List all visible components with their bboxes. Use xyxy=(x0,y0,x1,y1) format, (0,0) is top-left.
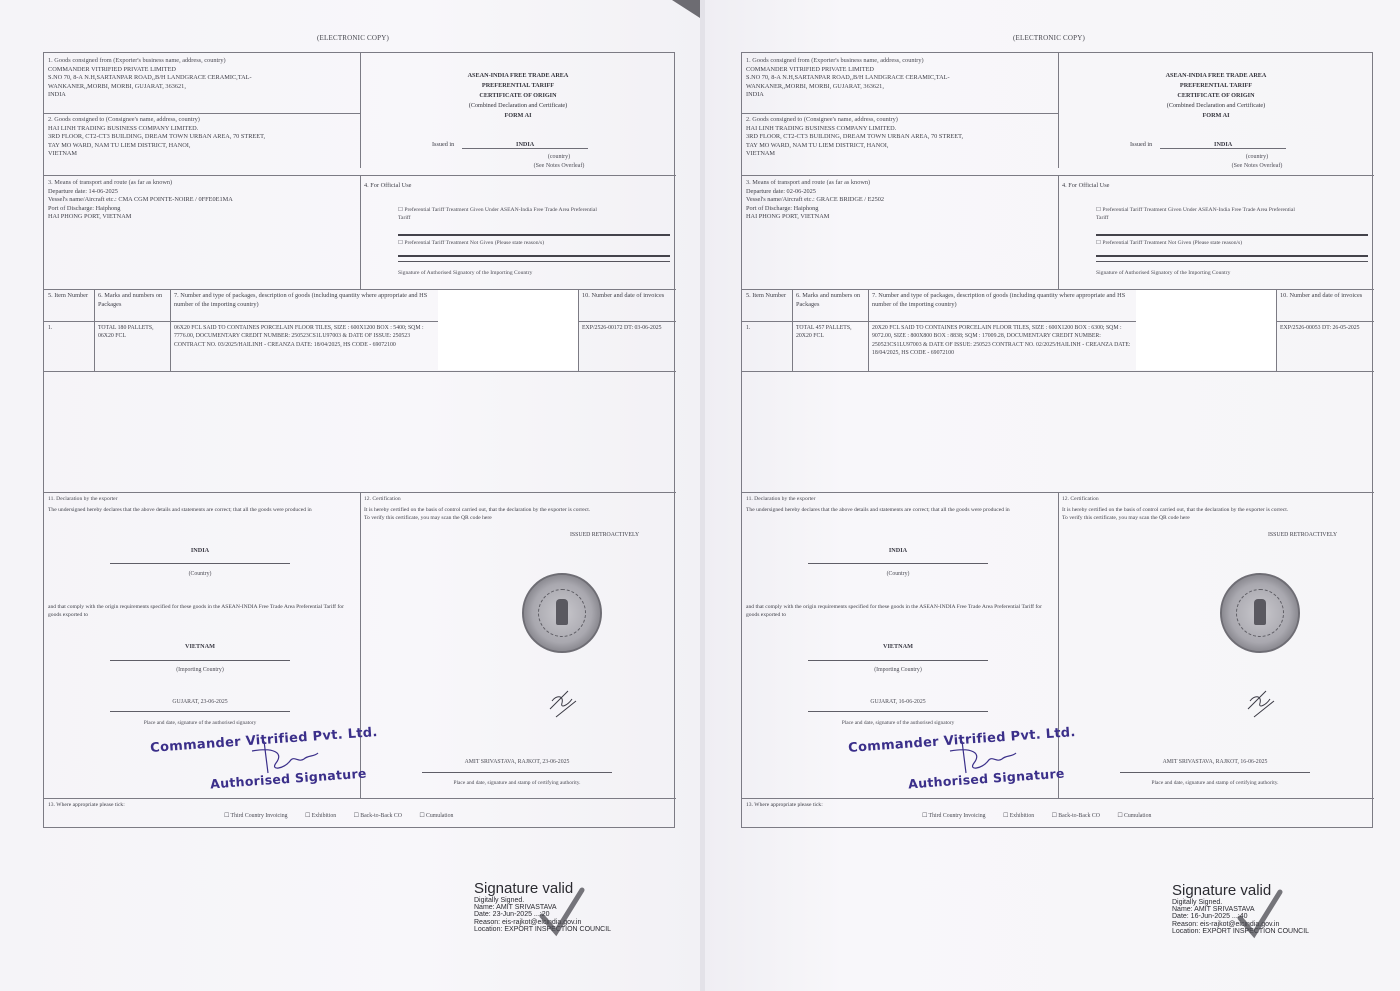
box1-label: 1. Goods consigned from (Exporter's busi… xyxy=(48,57,358,66)
marks-and-numbers: TOTAL 457 PALLETS, 20X20 FCL xyxy=(796,324,866,341)
marks-and-numbers: TOTAL 180 PALLETS, 06X20 FCL xyxy=(98,324,168,341)
certifier-sign-line xyxy=(1120,772,1310,773)
official-use-rule xyxy=(1096,255,1368,257)
departure-date: Departure date: 14-06-2025 xyxy=(48,188,358,197)
goods-description: 06X20 FCL SAID TO CONTAINES PORCELAIN FL… xyxy=(174,324,436,349)
see-notes: (See Notes Overleaf) xyxy=(464,162,654,171)
consignee-address-1: 3RD FLOOR, CT2-CT3 BUILDING, DREAM TOWN … xyxy=(48,133,358,142)
origin-country: INDIA xyxy=(110,547,290,554)
national-emblem-icon xyxy=(556,599,568,625)
official-use-rule xyxy=(398,261,670,262)
official-use-rule xyxy=(398,255,670,257)
box-exporter: 1. Goods consigned from (Exporter's busi… xyxy=(48,57,358,100)
vessel-name: Vessel's name/Aircraft etc.: GRACE BRIDG… xyxy=(746,196,1056,205)
exporter-signature-scrawl xyxy=(942,733,1022,783)
importing-country: VIETNAM xyxy=(808,643,988,650)
box-certification: 12. Certification It is hereby certified… xyxy=(1062,495,1368,522)
header-marks: 6. Marks and numbers on Packages xyxy=(98,292,166,309)
box-transport: 3. Means of transport and route (as far … xyxy=(746,179,1056,222)
header-description: 7. Number and type of packages, descript… xyxy=(174,292,434,309)
exporter-signature-scrawl xyxy=(244,733,324,783)
tick-cumulation[interactable]: ☐ Cumulation xyxy=(1117,813,1151,819)
origin-country-line xyxy=(808,563,988,564)
box12-label: 12. Certification xyxy=(364,495,670,503)
goods-description: 20X20 FCL SAID TO CONTAINES PORCELAIN FL… xyxy=(872,324,1134,357)
title-line-3: CERTIFICATE OF ORIGIN xyxy=(360,90,676,102)
title-line-3: CERTIFICATE OF ORIGIN xyxy=(1058,90,1374,102)
issued-in-label: Issued in xyxy=(432,141,454,148)
importing-signatory-caption: Signature of Authorised Signatory of the… xyxy=(1096,269,1366,277)
electronic-copy-header: (ELECTRONIC COPY) xyxy=(317,34,389,42)
form-name: FORM AI xyxy=(360,110,676,122)
exporter-sign-caption: Place and date, signature of the authori… xyxy=(100,720,300,726)
issued-retroactively: ISSUED RETROACTIVELY xyxy=(570,531,639,540)
origin-country-caption: (Country) xyxy=(808,571,988,577)
certificate-page-right: (ELECTRONIC COPY) 1. Goods consigned fro… xyxy=(705,0,1400,991)
exporter-name: COMMANDER VITRIFIED PRIVATE LIMITED xyxy=(48,66,358,75)
official-seal xyxy=(1220,573,1300,653)
issued-retroactively: ISSUED RETROACTIVELY xyxy=(1268,531,1337,540)
official-use-option-given[interactable]: ☐ Preferential Tariff Treatment Given Un… xyxy=(1096,206,1296,222)
certification-text: It is hereby certified on the basis of c… xyxy=(364,506,670,514)
header-item-number: 5. Item Number xyxy=(746,292,790,301)
check-mark-icon xyxy=(1234,888,1286,940)
title-line-1: ASEAN-INDIA FREE TRADE AREA xyxy=(360,71,676,82)
check-mark-icon xyxy=(536,886,588,938)
certificate-form: 1. Goods consigned from (Exporter's busi… xyxy=(43,52,675,828)
tick-exhibition[interactable]: ☐ Exhibition xyxy=(305,813,336,819)
official-use-option-not-given[interactable]: ☐ Preferential Tariff Treatment Not Give… xyxy=(1096,239,1366,247)
tick-third-country-invoicing[interactable]: ☐ Third Country Invoicing xyxy=(922,813,986,819)
official-use-option-given[interactable]: ☐ Preferential Tariff Treatment Given Un… xyxy=(398,206,598,222)
tick-back-to-back-co[interactable]: ☐ Back-to-Back CO xyxy=(1052,813,1100,819)
form-name: FORM AI xyxy=(1058,110,1374,122)
certifier-caption: Place and date, signature and stamp of c… xyxy=(1110,780,1320,786)
redacted-columns xyxy=(1136,290,1276,370)
official-use-option-not-given[interactable]: ☐ Preferential Tariff Treatment Not Give… xyxy=(398,239,668,247)
official-seal xyxy=(522,573,602,653)
header-invoices: 10. Number and date of invoices xyxy=(1280,292,1372,301)
issued-in: Issued inINDIA xyxy=(1130,141,1286,149)
exporter-sign-line xyxy=(110,711,290,712)
certifier-initials xyxy=(1240,681,1280,721)
box4-label: 4. For Official Use xyxy=(364,182,411,191)
tick-options: ☐ Third Country Invoicing ☐ Exhibition ☐… xyxy=(922,813,1167,819)
header-marks: 6. Marks and numbers on Packages xyxy=(796,292,864,309)
country-caption: (country) xyxy=(1162,153,1352,162)
exporter-sign-caption: Place and date, signature of the authori… xyxy=(798,720,998,726)
consignee-address-2: TAY MO WARD, NAM TU LIEM DISTRICT, HANOI… xyxy=(48,142,358,151)
origin-country-caption: (Country) xyxy=(110,571,290,577)
exporter-sign-line xyxy=(808,711,988,712)
certificate-title: ASEAN-INDIA FREE TRADE AREA PREFERENTIAL… xyxy=(360,71,676,122)
official-use-rule xyxy=(1096,261,1368,262)
importing-country-caption: (Importing Country) xyxy=(110,667,290,673)
declaration-text-2: and that comply with the origin requirem… xyxy=(48,603,354,619)
redacted-columns xyxy=(438,290,578,370)
box-consignee: 2. Goods consigned to (Consignee's name,… xyxy=(746,116,1056,159)
exporter-country: INDIA xyxy=(746,91,1056,100)
issued-caption: (country) (See Notes Overleaf) xyxy=(464,153,654,171)
box2-label: 2. Goods consigned to (Consignee's name,… xyxy=(48,116,358,125)
port-of-discharge: Port of Discharge: Haiphong xyxy=(746,205,1056,214)
consignee-name: HAI LINH TRADING BUSINESS COMPANY LIMITE… xyxy=(48,125,358,134)
certifier-initials xyxy=(542,681,582,721)
page-corner-fold xyxy=(672,0,700,18)
box-transport: 3. Means of transport and route (as far … xyxy=(48,179,358,222)
certifier-name-date: AMIT SRIVASTAVA, RAJKOT, 16-06-2025 xyxy=(1120,759,1310,765)
certificate-form: 1. Goods consigned from (Exporter's busi… xyxy=(741,52,1373,828)
header-item-number: 5. Item Number xyxy=(48,292,92,301)
certifier-caption: Place and date, signature and stamp of c… xyxy=(412,780,622,786)
consignee-country: VIETNAM xyxy=(746,150,1056,159)
invoice-number-date: EXP/2526-00053 DT: 26-05-2025 xyxy=(1280,324,1360,332)
see-notes: (See Notes Overleaf) xyxy=(1162,162,1352,171)
exporter-address-1: S.NO 70, 8-A N.H,SARTANPAR ROAD,,B/H LAN… xyxy=(48,74,358,83)
importing-country-line xyxy=(808,660,988,661)
box-certification: 12. Certification It is hereby certified… xyxy=(364,495,670,522)
title-line-1: ASEAN-INDIA FREE TRADE AREA xyxy=(1058,71,1374,82)
declaration-text: The undersigned hereby declares that the… xyxy=(48,506,354,514)
box3-label: 3. Means of transport and route (as far … xyxy=(48,179,358,188)
digital-signature-block: Signature valid Digitally Signed. Name: … xyxy=(474,880,611,933)
box3-label: 3. Means of transport and route (as far … xyxy=(746,179,1056,188)
country-caption: (country) xyxy=(464,153,654,162)
header-invoices: 10. Number and date of invoices xyxy=(582,292,674,301)
national-emblem-icon xyxy=(1254,599,1266,625)
declaration-text: The undersigned hereby declares that the… xyxy=(746,506,1052,514)
consignee-name: HAI LINH TRADING BUSINESS COMPANY LIMITE… xyxy=(746,125,1056,134)
declaration-text-2: and that comply with the origin requirem… xyxy=(746,603,1052,619)
exporter-address-2: WANKANER,,MORBI, MORBI, GUJARAT, 363621, xyxy=(746,83,1056,92)
discharge-port-name: HAI PHONG PORT, VIETNAM xyxy=(746,213,1056,222)
title-line-2: PREFERENTIAL TARIFF xyxy=(1058,82,1374,90)
certifier-sign-line xyxy=(422,772,612,773)
invoice-number-date: EXP/2526-00172 DT: 03-06-2025 xyxy=(582,324,662,332)
certificate-title: ASEAN-INDIA FREE TRADE AREA PREFERENTIAL… xyxy=(1058,71,1374,122)
consignee-address-2: TAY MO WARD, NAM TU LIEM DISTRICT, HANOI… xyxy=(746,142,1056,151)
box13-label: 13. Where appropriate please tick: xyxy=(48,801,125,810)
exporter-place-date: GUJARAT, 16-06-2025 xyxy=(808,699,988,705)
title-line-4: (Combined Declaration and Certificate) xyxy=(360,102,676,110)
issued-in-label: Issued in xyxy=(1130,141,1152,148)
exporter-address-2: WANKANER,,MORBI, MORBI, GUJARAT, 363621, xyxy=(48,83,358,92)
tick-cumulation[interactable]: ☐ Cumulation xyxy=(419,813,453,819)
title-line-2: PREFERENTIAL TARIFF xyxy=(360,82,676,90)
consignee-address-1: 3RD FLOOR, CT2-CT3 BUILDING, DREAM TOWN … xyxy=(746,133,1056,142)
exporter-address-1: S.NO 70, 8-A N.H,SARTANPAR ROAD,,B/H LAN… xyxy=(746,74,1056,83)
box11-label: 11. Declaration by the exporter xyxy=(746,495,1052,503)
issued-in-country: INDIA xyxy=(1160,141,1286,149)
consignee-country: VIETNAM xyxy=(48,150,358,159)
verify-qr-text: To verify this certificate, you may scan… xyxy=(364,514,670,522)
box-exporter: 1. Goods consigned from (Exporter's busi… xyxy=(746,57,1056,100)
issued-caption: (country) (See Notes Overleaf) xyxy=(1162,153,1352,171)
importing-country-line xyxy=(110,660,290,661)
discharge-port-name: HAI PHONG PORT, VIETNAM xyxy=(48,213,358,222)
origin-country-line xyxy=(110,563,290,564)
box12-label: 12. Certification xyxy=(1062,495,1368,503)
importing-signatory-caption: Signature of Authorised Signatory of the… xyxy=(398,269,668,277)
certifier-name-date: AMIT SRIVASTAVA, RAJKOT, 23-06-2025 xyxy=(422,759,612,765)
official-use-rule xyxy=(1096,234,1368,236)
tick-third-country-invoicing[interactable]: ☐ Third Country Invoicing xyxy=(224,813,288,819)
verify-qr-text: To verify this certificate, you may scan… xyxy=(1062,514,1368,522)
digital-signature-block: Signature valid Digitally Signed. Name: … xyxy=(1172,882,1309,935)
box2-label: 2. Goods consigned to (Consignee's name,… xyxy=(746,116,1056,125)
official-use-rule xyxy=(398,234,670,236)
electronic-copy-header: (ELECTRONIC COPY) xyxy=(1013,34,1085,42)
port-of-discharge: Port of Discharge: Haiphong xyxy=(48,205,358,214)
departure-date: Departure date: 02-06-2025 xyxy=(746,188,1056,197)
exporter-place-date: GUJARAT, 23-06-2025 xyxy=(110,699,290,705)
tick-options: ☐ Third Country Invoicing ☐ Exhibition ☐… xyxy=(224,813,469,819)
issued-in: Issued inINDIA xyxy=(432,141,588,149)
header-description: 7. Number and type of packages, descript… xyxy=(872,292,1132,309)
importing-country: VIETNAM xyxy=(110,643,290,650)
certificate-page-left: (ELECTRONIC COPY) 1. Goods consigned fro… xyxy=(0,0,700,991)
item-number: 1. xyxy=(48,324,92,332)
box4-label: 4. For Official Use xyxy=(1062,182,1109,191)
item-number: 1. xyxy=(746,324,790,332)
box1-label: 1. Goods consigned from (Exporter's busi… xyxy=(746,57,1056,66)
title-line-4: (Combined Declaration and Certificate) xyxy=(1058,102,1374,110)
exporter-name: COMMANDER VITRIFIED PRIVATE LIMITED xyxy=(746,66,1056,75)
box11-label: 11. Declaration by the exporter xyxy=(48,495,354,503)
certification-text: It is hereby certified on the basis of c… xyxy=(1062,506,1368,514)
box-declaration: 11. Declaration by the exporter The unde… xyxy=(48,495,354,514)
importing-country-caption: (Importing Country) xyxy=(808,667,988,673)
box13-label: 13. Where appropriate please tick: xyxy=(746,801,823,810)
vessel-name: Vessel's name/Aircraft etc.: CMA CGM POI… xyxy=(48,196,358,205)
box-declaration: 11. Declaration by the exporter The unde… xyxy=(746,495,1052,514)
box-consignee: 2. Goods consigned to (Consignee's name,… xyxy=(48,116,358,159)
issued-in-country: INDIA xyxy=(462,141,588,149)
origin-country: INDIA xyxy=(808,547,988,554)
tick-exhibition[interactable]: ☐ Exhibition xyxy=(1003,813,1034,819)
tick-back-to-back-co[interactable]: ☐ Back-to-Back CO xyxy=(354,813,402,819)
exporter-country: INDIA xyxy=(48,91,358,100)
